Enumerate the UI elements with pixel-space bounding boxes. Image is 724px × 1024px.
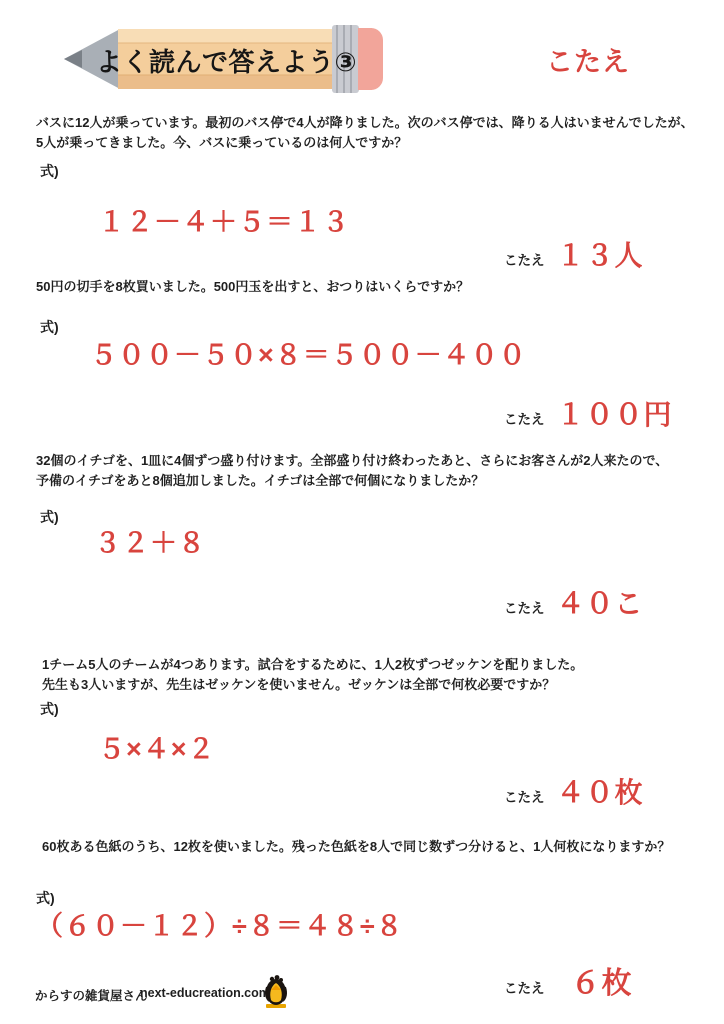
answer-label: こたえ [504,597,545,617]
answer-row: こたえ １００円 [504,393,673,433]
answers-heading: こたえ [546,40,630,79]
formula-label: 式) [40,317,59,337]
formula-label: 式) [40,507,59,527]
formula-text: ３２＋８ [94,521,206,560]
formula-label: 式) [40,161,59,181]
answer-label: こたえ [504,408,545,428]
answer-row: こたえ １３人 [504,234,644,274]
answer-label: こたえ [504,249,545,269]
question-line: 先生も3人いますが、先生はゼッケンを使いません。ゼッケンは全部で何枚必要ですか？ [42,675,583,695]
question-text: 50円の切手を8枚買いました。500円玉を出すと、おつりはいくらですか？ [36,277,469,297]
question-line: 50円の切手を8枚買いました。500円玉を出すと、おつりはいくらですか？ [36,277,469,297]
question-text: 1チーム5人のチームが4つあります。試合をするために、1人2枚ずつゼッケンを配り… [42,655,583,695]
formula-text: ５００－５０×８＝５００－４００ [90,333,527,372]
question-line: 32個のイチゴを、1皿に4個ずつ盛り付けます。全部盛り付け終わったあと、さらにお… [36,451,668,471]
question-line: 60枚ある色紙のうち、12枚を使いました。残った色紙を8人で同じ数ずつ分けると、… [42,837,670,857]
formula-text: １２－４＋５＝１３ [98,200,350,239]
question-line: 5人が乗ってきました。今、バスに乗っているのは何人ですか？ [36,133,694,153]
formula-text: （６０－１２）÷８＝４８÷８ [36,904,404,943]
answer-label: こたえ [504,977,545,997]
question-text: バスに12人が乗っています。最初のバス停で4人が降りました。次のバス停では、降り… [36,113,694,153]
question-text: 60枚ある色紙のうち、12枚を使いました。残った色紙を8人で同じ数ずつ分けると、… [42,837,670,857]
question-line: 1チーム5人のチームが4つあります。試合をするために、1人2枚ずつゼッケンを配り… [42,655,583,675]
answer-label: こたえ [504,786,545,806]
question-line: 予備のイチゴをあと8個追加しました。イチゴは全部で何個になりましたか？ [36,471,668,491]
answer-value: １００円 [557,393,673,433]
footer-website: next-educreation.com [140,986,270,1000]
question-text: 32個のイチゴを、1皿に4個ずつ盛り付けます。全部盛り付け終わったあと、さらにお… [36,451,668,491]
answer-row: こたえ ６枚 [504,958,633,1002]
crow-icon [260,973,292,1009]
page-title: よく読んで答えよう③ [96,42,357,79]
worksheet-page: よく読んで答えよう③ こたえ バスに12人が乗っています。最初のバス停で4人が降… [0,0,724,1024]
answer-row: こたえ ４０枚 [504,771,644,811]
answer-value: １３人 [557,234,644,274]
formula-label: 式) [40,699,59,719]
footer-shop-name: からすの雑貨屋さん [35,986,148,1004]
answer-value: ６枚 [571,958,633,1002]
pencil-banner: よく読んで答えよう③ [62,22,384,96]
answer-value: ４０こ [557,582,644,622]
question-line: バスに12人が乗っています。最初のバス停で4人が降りました。次のバス停では、降り… [36,113,694,133]
formula-text: ５×４×２ [98,727,216,766]
answer-row: こたえ ４０こ [504,582,644,622]
answer-value: ４０枚 [557,771,644,811]
